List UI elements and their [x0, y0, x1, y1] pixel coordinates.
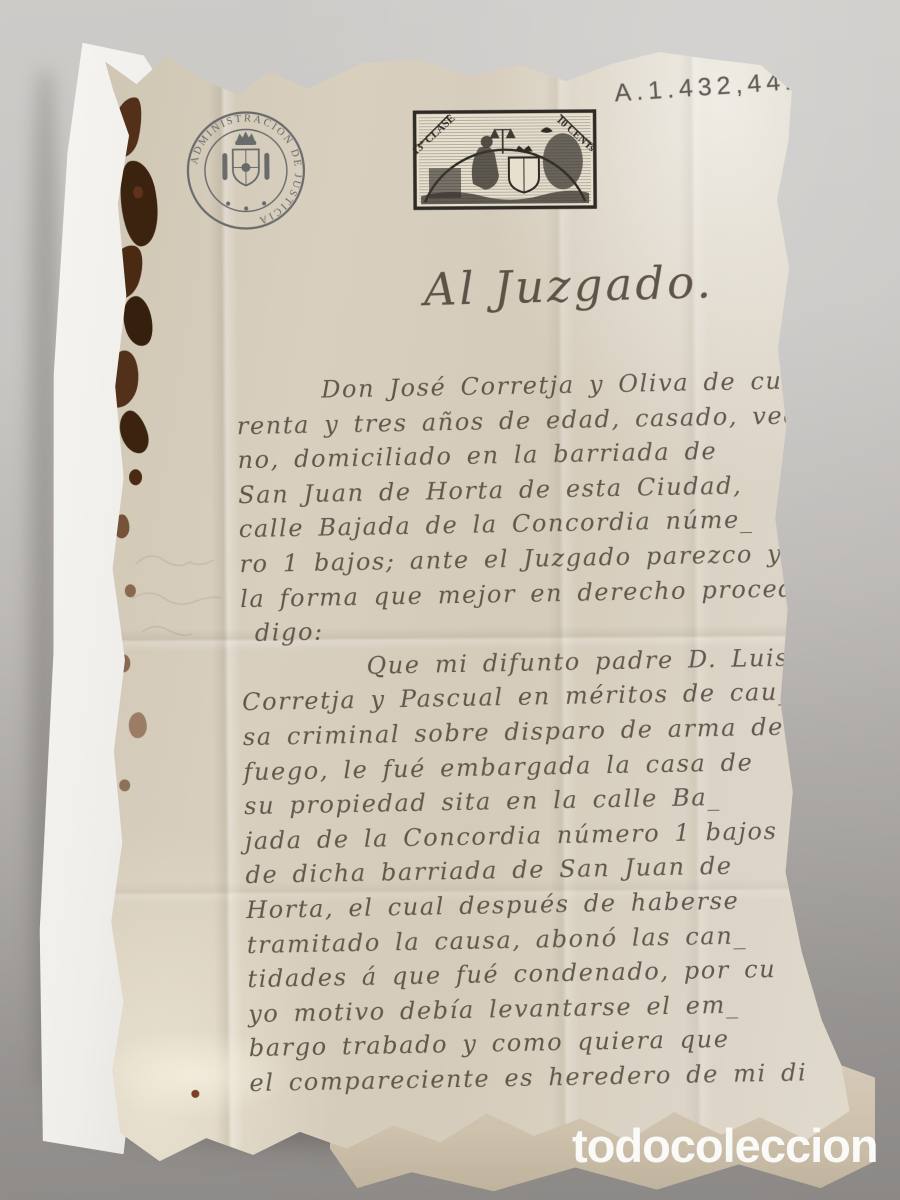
rust-stain — [129, 469, 142, 485]
watermark: todocoleccion — [572, 1118, 878, 1173]
photo-background: ADMINISTRACION DE JUSTICIA — [0, 0, 900, 1200]
manuscript-body: Don José Corretja y Oliva de cua renta y… — [236, 366, 840, 1104]
registry-number-stamp: A.1.432,442✱ — [614, 65, 827, 108]
rust-stains — [66, 39, 846, 44]
registry-number: A.1.432,442 — [614, 66, 805, 107]
rust-stain — [119, 779, 130, 791]
justice-seal-icon: ADMINISTRACION DE JUSTICIA — [182, 107, 309, 234]
registry-star-mark: ✱ — [807, 69, 826, 93]
rust-stain — [129, 712, 147, 738]
manuscript-page: ADMINISTRACION DE JUSTICIA — [66, 39, 854, 1184]
rust-stain — [191, 1090, 199, 1098]
document-title: Al Juzgado. — [423, 255, 714, 316]
rust-stain — [438, 58, 445, 65]
rust-stain — [133, 186, 143, 198]
revenue-stamp-icon: 13ª CLASE 10 CENTs — [412, 109, 597, 210]
